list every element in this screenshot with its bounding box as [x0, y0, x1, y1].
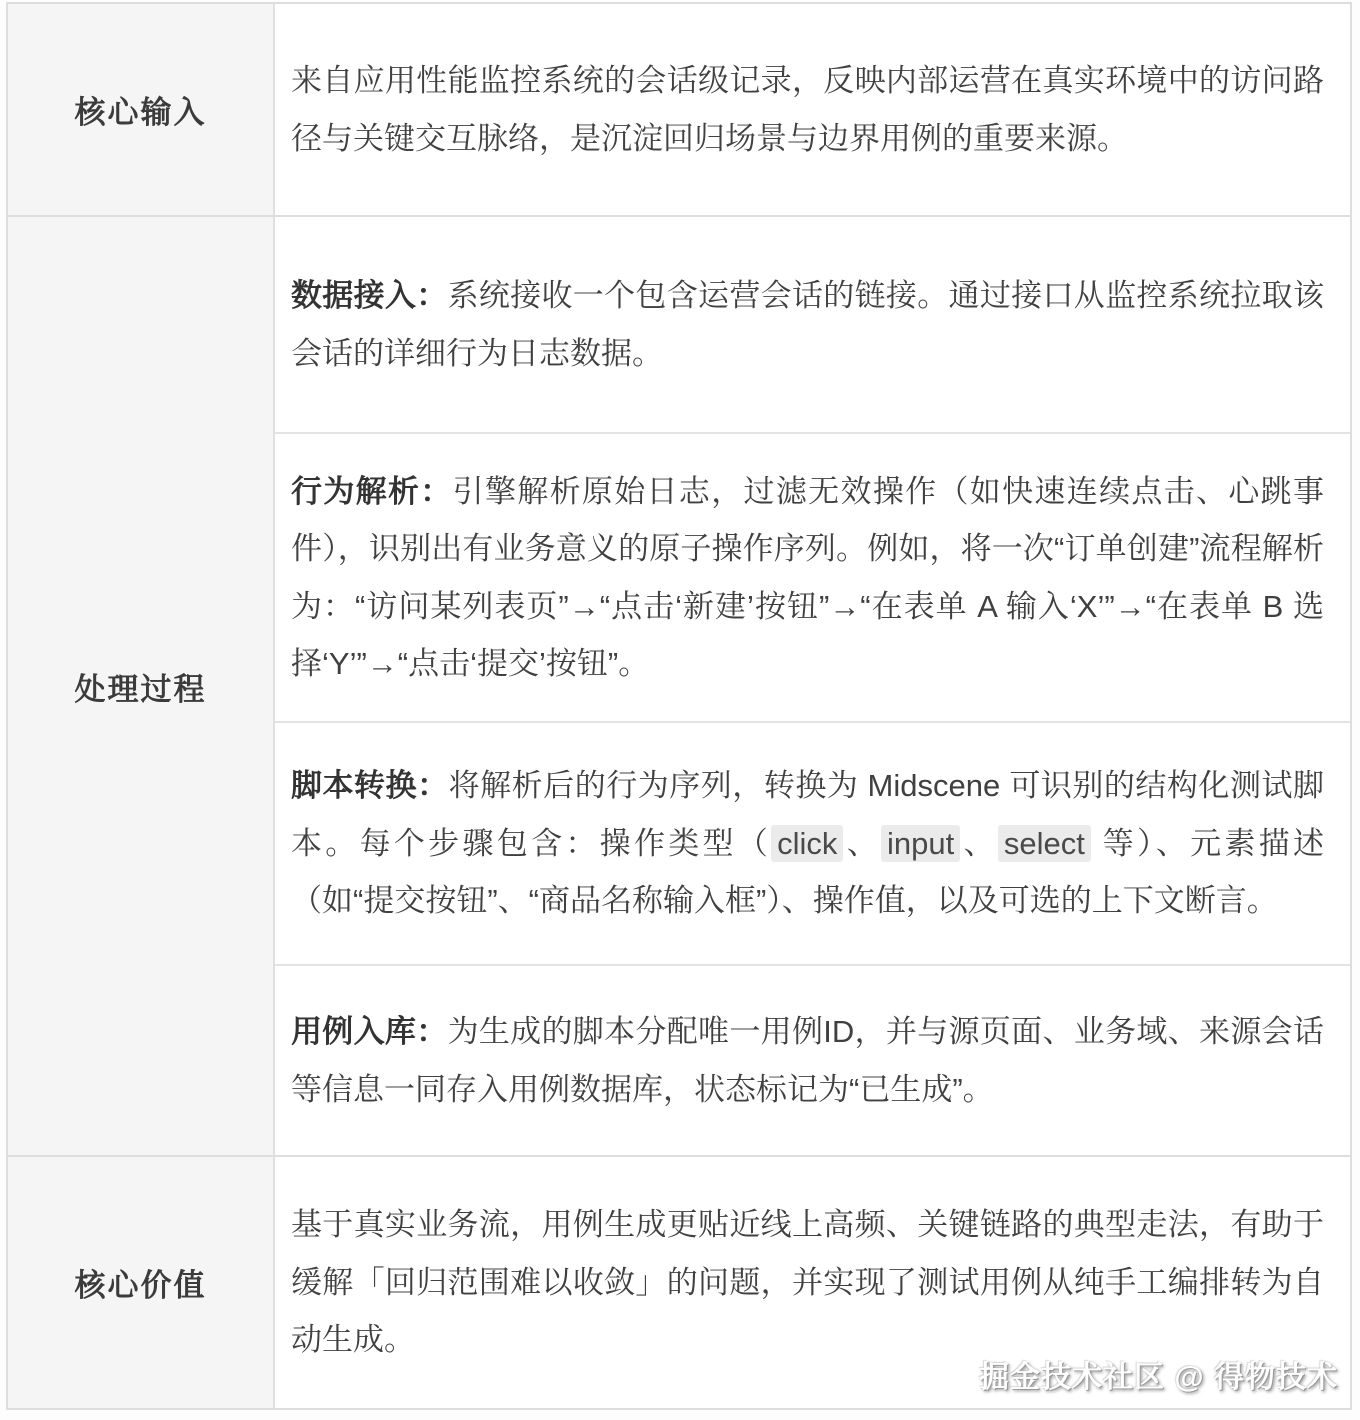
article-table-page: 核心输入 来自应用性能监控系统的会话级记录，反映内部运营在真实环境中的访问路径与…	[0, 0, 1360, 1420]
process-step-case-store: 用例入库：为生成的脚本分配唯一用例ID，并与源页面、业务域、来源会话等信息一同存…	[275, 964, 1350, 1155]
process-step-data-access: 数据接入：系统接收一个包含运营会话的链接。通过接口从监控系统拉取该会话的详细行为…	[275, 217, 1350, 432]
process-label: 处理过程	[75, 664, 207, 709]
core-input-text: 来自应用性能监控系统的会话级记录，反映内部运营在真实环境中的访问路径与关键交互脉…	[291, 52, 1324, 167]
behavior-parse-lead: 行为解析：	[291, 474, 453, 509]
core-value-text: 基于真实业务流，用例生成更贴近线上高频、关键链路的典型走法，有助于缓解「回归范围…	[291, 1196, 1324, 1368]
core-value-label-cell: 核心价值	[8, 1157, 275, 1408]
script-convert-lead: 脚本转换：	[291, 768, 449, 803]
code-chip-input: input	[881, 825, 960, 862]
process-content-cell: 数据接入：系统接收一个包含运营会话的链接。通过接口从监控系统拉取该会话的详细行为…	[275, 217, 1350, 1155]
core-input-content-cell: 来自应用性能监控系统的会话级记录，反映内部运营在真实环境中的访问路径与关键交互脉…	[275, 4, 1350, 215]
script-convert-text: 脚本转换：将解析后的行为序列，转换为 Midscene 可识别的结构化测试脚本。…	[291, 757, 1324, 929]
data-access-text: 数据接入：系统接收一个包含运营会话的链接。通过接口从监控系统拉取该会话的详细行为…	[291, 267, 1324, 382]
process-step-behavior-parse: 行为解析：引擎解析原始日志，过滤无效操作（如快速连续点击、心跳事件），识别出有业…	[275, 432, 1350, 721]
behavior-parse-text: 行为解析：引擎解析原始日志，过滤无效操作（如快速连续点击、心跳事件），识别出有业…	[291, 463, 1324, 692]
core-input-label-cell: 核心输入	[8, 4, 275, 215]
data-access-lead: 数据接入：	[291, 278, 448, 313]
process-table: 核心输入 来自应用性能监控系统的会话级记录，反映内部运营在真实环境中的访问路径与…	[6, 2, 1352, 1410]
script-convert-sep-2: 、	[960, 826, 998, 861]
case-store-lead: 用例入库：	[291, 1014, 448, 1049]
case-store-text: 用例入库：为生成的脚本分配唯一用例ID，并与源页面、业务域、来源会话等信息一同存…	[291, 1003, 1324, 1118]
core-input-paragraph-block: 来自应用性能监控系统的会话级记录，反映内部运营在真实环境中的访问路径与关键交互脉…	[275, 4, 1350, 215]
table-row-process: 处理过程 数据接入：系统接收一个包含运营会话的链接。通过接口从监控系统拉取该会话…	[8, 215, 1350, 1155]
table-row-core-input: 核心输入 来自应用性能监控系统的会话级记录，反映内部运营在真实环境中的访问路径与…	[8, 4, 1350, 215]
process-label-cell: 处理过程	[8, 217, 275, 1155]
core-input-label: 核心输入	[75, 87, 207, 132]
code-chip-click: click	[771, 825, 843, 862]
core-value-label: 核心价值	[75, 1260, 207, 1305]
code-chip-select: select	[998, 825, 1091, 862]
script-convert-sep-1: 、	[843, 826, 881, 861]
process-step-script-convert: 脚本转换：将解析后的行为序列，转换为 Midscene 可识别的结构化测试脚本。…	[275, 721, 1350, 964]
watermark-text: 掘金技术社区 @ 得物技术	[979, 1352, 1338, 1396]
